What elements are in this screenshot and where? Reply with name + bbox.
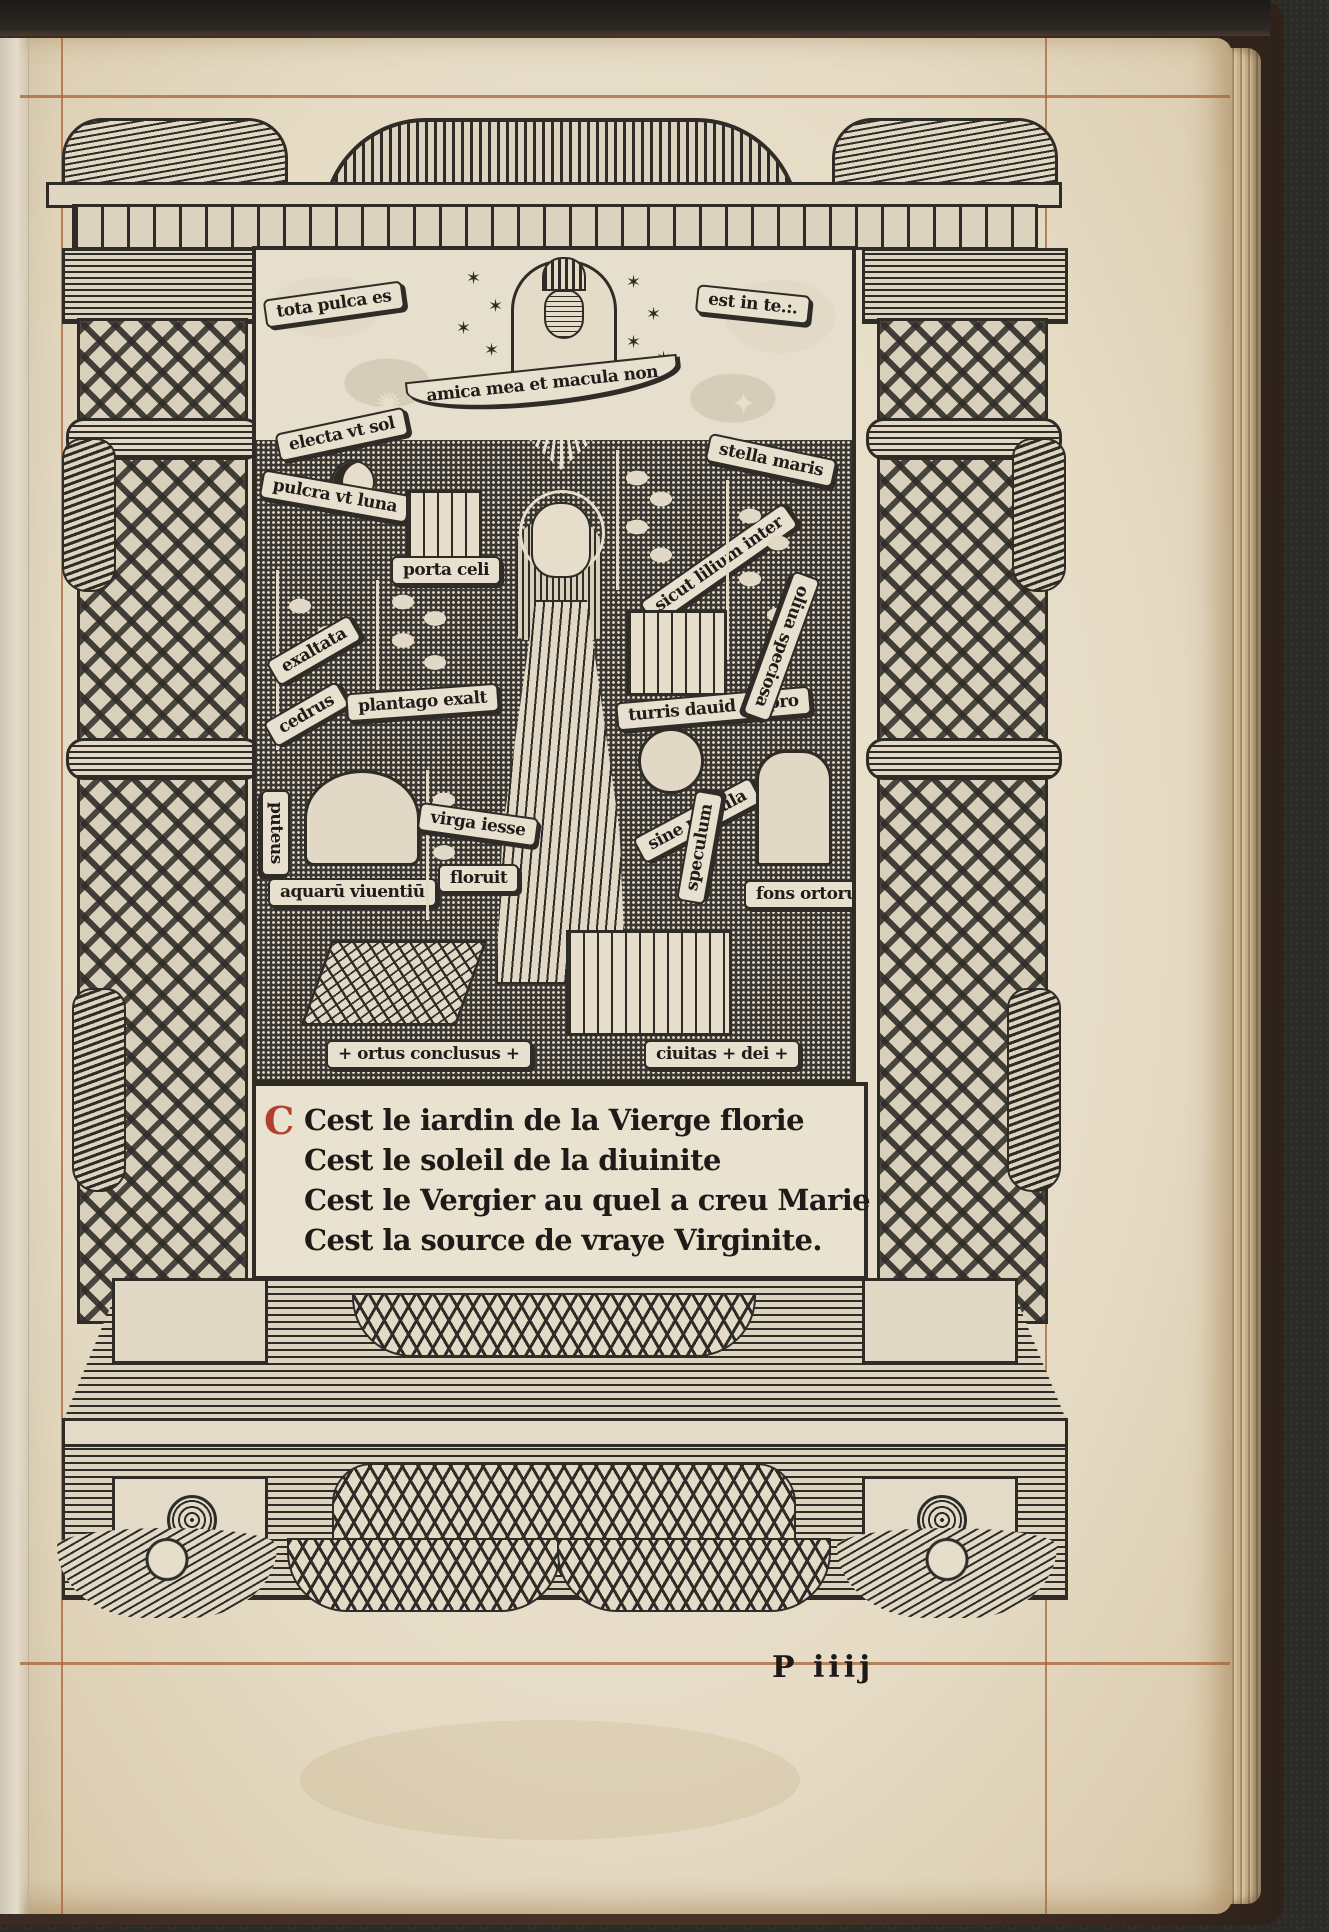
tassel-right-upper xyxy=(1012,438,1066,592)
verse-line-4: Cest la source de vraye Virginite. xyxy=(304,1220,870,1260)
star-icon: ✶ xyxy=(484,342,499,360)
top-cornice xyxy=(52,118,1072,238)
woodcut-frame: ✶ ✶ ✶ ✶ ✶ ✶ ✶ ✶ tota pulca es amica mea … xyxy=(52,118,1072,1648)
banner-fons: fons ortorum xyxy=(744,880,856,909)
column-base-left xyxy=(112,1278,268,1364)
star-icon: ✶ xyxy=(646,306,661,324)
face xyxy=(531,502,591,578)
star-icon: ✶ xyxy=(466,270,481,288)
city-of-god xyxy=(566,930,732,1036)
laurel-garland-upper xyxy=(352,1293,756,1357)
ruling-line-top xyxy=(20,95,1230,98)
verse-line-2: Cest le soleil de la diuinite xyxy=(304,1140,870,1180)
laurel-swag-left xyxy=(287,1538,561,1612)
papal-tiara-icon xyxy=(542,257,586,291)
tassel-right-lower xyxy=(1007,988,1061,1192)
virgin-mary-figure xyxy=(496,490,622,980)
verse-line-3: Cest le Vergier au quel a creu Marie xyxy=(304,1180,870,1220)
lily-plant xyxy=(616,450,679,590)
enclosed-garden-fence xyxy=(300,940,487,1026)
banner-puteus: puteus xyxy=(261,790,290,876)
laurel-swag-right xyxy=(557,1538,831,1612)
column-ring-right-mid xyxy=(866,738,1062,780)
ruling-line-bottom xyxy=(20,1662,1230,1665)
robe xyxy=(496,600,626,984)
gate-of-heaven-tower xyxy=(406,490,482,566)
star-icon: ✶ xyxy=(626,334,641,352)
capital-left xyxy=(62,248,268,324)
woodcut-picture: ✶ ✶ ✶ ✶ ✶ ✶ ✶ ✶ tota pulca es amica mea … xyxy=(252,246,856,1084)
star-icon: ✶ xyxy=(626,274,641,292)
gutter xyxy=(0,38,29,1914)
tassel-left-upper xyxy=(62,438,116,592)
capital-right xyxy=(862,248,1068,324)
banner-ciuitas: ciuitas + dei + xyxy=(644,1040,800,1069)
column-base-right xyxy=(862,1278,1018,1364)
tower-of-david xyxy=(626,610,727,696)
verse-caption: C Cest le iardin de la Vierge florie Ces… xyxy=(252,1082,868,1280)
verse-line-1: Cest le iardin de la Vierge florie xyxy=(304,1100,870,1140)
star-icon: ✶ xyxy=(456,320,471,338)
column-ring-left-mid xyxy=(66,738,262,780)
rubricated-initial: C xyxy=(264,1102,288,1142)
banner-aquarum: aquarū viuentiū xyxy=(268,878,437,907)
bearded-face xyxy=(544,289,584,339)
tassel-left-lower xyxy=(72,988,126,1192)
plantain-plant xyxy=(376,580,459,690)
banner-floruit: floruit xyxy=(438,864,519,893)
cornice-band xyxy=(72,204,1038,250)
binding-top xyxy=(0,0,1270,36)
fountain-of-gardens xyxy=(756,750,832,866)
winged-cherub-left xyxy=(57,1528,277,1618)
star-icon: ✶ xyxy=(488,298,503,316)
winged-cherub-right xyxy=(837,1528,1057,1618)
signature-mark: P iiij xyxy=(772,1650,874,1685)
rod-of-jesse xyxy=(426,770,479,920)
paper-stain xyxy=(300,1720,800,1840)
well-of-living-waters xyxy=(304,770,420,866)
banner-ortus: + ortus conclusus + xyxy=(326,1040,532,1069)
star-of-sea-icon: ✦ xyxy=(731,390,756,420)
spotless-mirror xyxy=(638,728,704,794)
verse-lines: Cest le iardin de la Vierge florie Cest … xyxy=(304,1100,870,1260)
